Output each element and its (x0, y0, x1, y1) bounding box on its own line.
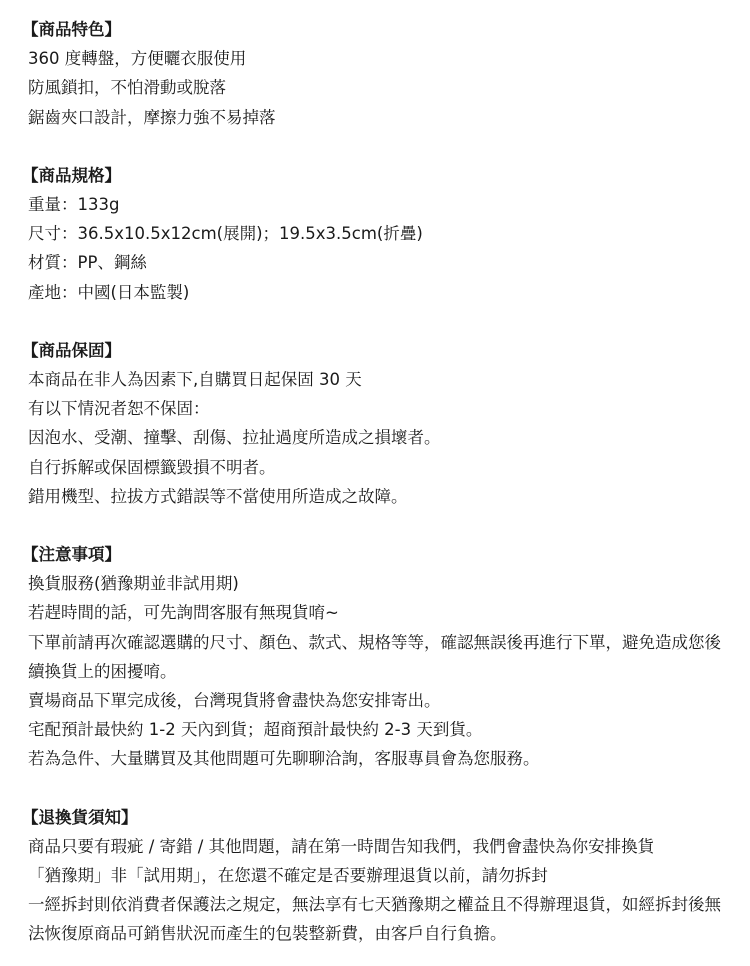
warranty-line: 因泡水、受潮、撞擊、刮傷、拉扯過度所造成之損壞者。 (28, 423, 728, 452)
warranty-line: 自行拆解或保固標籤毀損不明者。 (28, 453, 728, 482)
section-heading: 【注意事項】 (22, 540, 728, 569)
feature-line: 防風鎖扣，不怕滑動或脫落 (28, 73, 728, 102)
spec-weight: 重量：133g (28, 190, 728, 219)
section-notes: 【注意事項】 換貨服務(猶豫期並非試用期) 若趕時間的話，可先詢問客服有無現貨唷… (28, 540, 728, 774)
note-line: 下單前請再次確認選購的尺寸、顏色、款式、規格等等，確認無誤後再進行下單，避免造成… (28, 628, 728, 686)
product-description: 【商品特色】 360 度轉盤，方便曬衣服使用 防風鎖扣，不怕滑動或脫落 鋸齒夾口… (0, 0, 750, 949)
note-line: 換貨服務(猶豫期並非試用期) (28, 569, 728, 598)
section-heading: 【商品特色】 (22, 15, 728, 44)
section-features: 【商品特色】 360 度轉盤，方便曬衣服使用 防風鎖扣，不怕滑動或脫落 鋸齒夾口… (28, 15, 728, 132)
section-heading: 【商品規格】 (22, 161, 728, 190)
note-line: 賣場商品下單完成後，台灣現貨將會盡快為您安排寄出。 (28, 686, 728, 715)
section-returns: 【退換貨須知】 商品只要有瑕疵 / 寄錯 / 其他問題，請在第一時間告知我們，我… (28, 803, 728, 949)
return-line: 商品只要有瑕疵 / 寄錯 / 其他問題，請在第一時間告知我們，我們會盡快為你安排… (28, 832, 728, 861)
return-line: 「猶豫期」非「試用期」，在您還不確定是否要辦理退貨以前，請勿拆封 (28, 861, 728, 890)
warranty-line: 有以下情況者恕不保固： (28, 394, 728, 423)
spec-size: 尺寸：36.5x10.5x12cm(展開)；19.5x3.5cm(折疊) (28, 219, 728, 248)
return-line: 一經拆封則依消費者保護法之規定，無法享有七天猶豫期之權益且不得辦理退貨，如經拆封… (28, 890, 728, 948)
section-specs: 【商品規格】 重量：133g 尺寸：36.5x10.5x12cm(展開)；19.… (28, 161, 728, 307)
spec-origin: 產地：中國(日本監製) (28, 278, 728, 307)
spec-material: 材質：PP、鋼絲 (28, 248, 728, 277)
section-heading: 【商品保固】 (22, 336, 728, 365)
warranty-line: 本商品在非人為因素下,自購買日起保固 30 天 (28, 365, 728, 394)
note-line: 若為急件、大量購買及其他問題可先聊聊洽詢，客服專員會為您服務。 (28, 744, 728, 773)
feature-line: 360 度轉盤，方便曬衣服使用 (28, 44, 728, 73)
note-line: 若趕時間的話，可先詢問客服有無現貨唷~ (28, 598, 728, 627)
feature-line: 鋸齒夾口設計，摩擦力強不易掉落 (28, 103, 728, 132)
warranty-line: 錯用機型、拉拔方式錯誤等不當使用所造成之故障。 (28, 482, 728, 511)
section-warranty: 【商品保固】 本商品在非人為因素下,自購買日起保固 30 天 有以下情況者恕不保… (28, 336, 728, 511)
note-line: 宅配預計最快約 1-2 天內到貨；超商預計最快約 2-3 天到貨。 (28, 715, 728, 744)
section-heading: 【退換貨須知】 (22, 803, 728, 832)
